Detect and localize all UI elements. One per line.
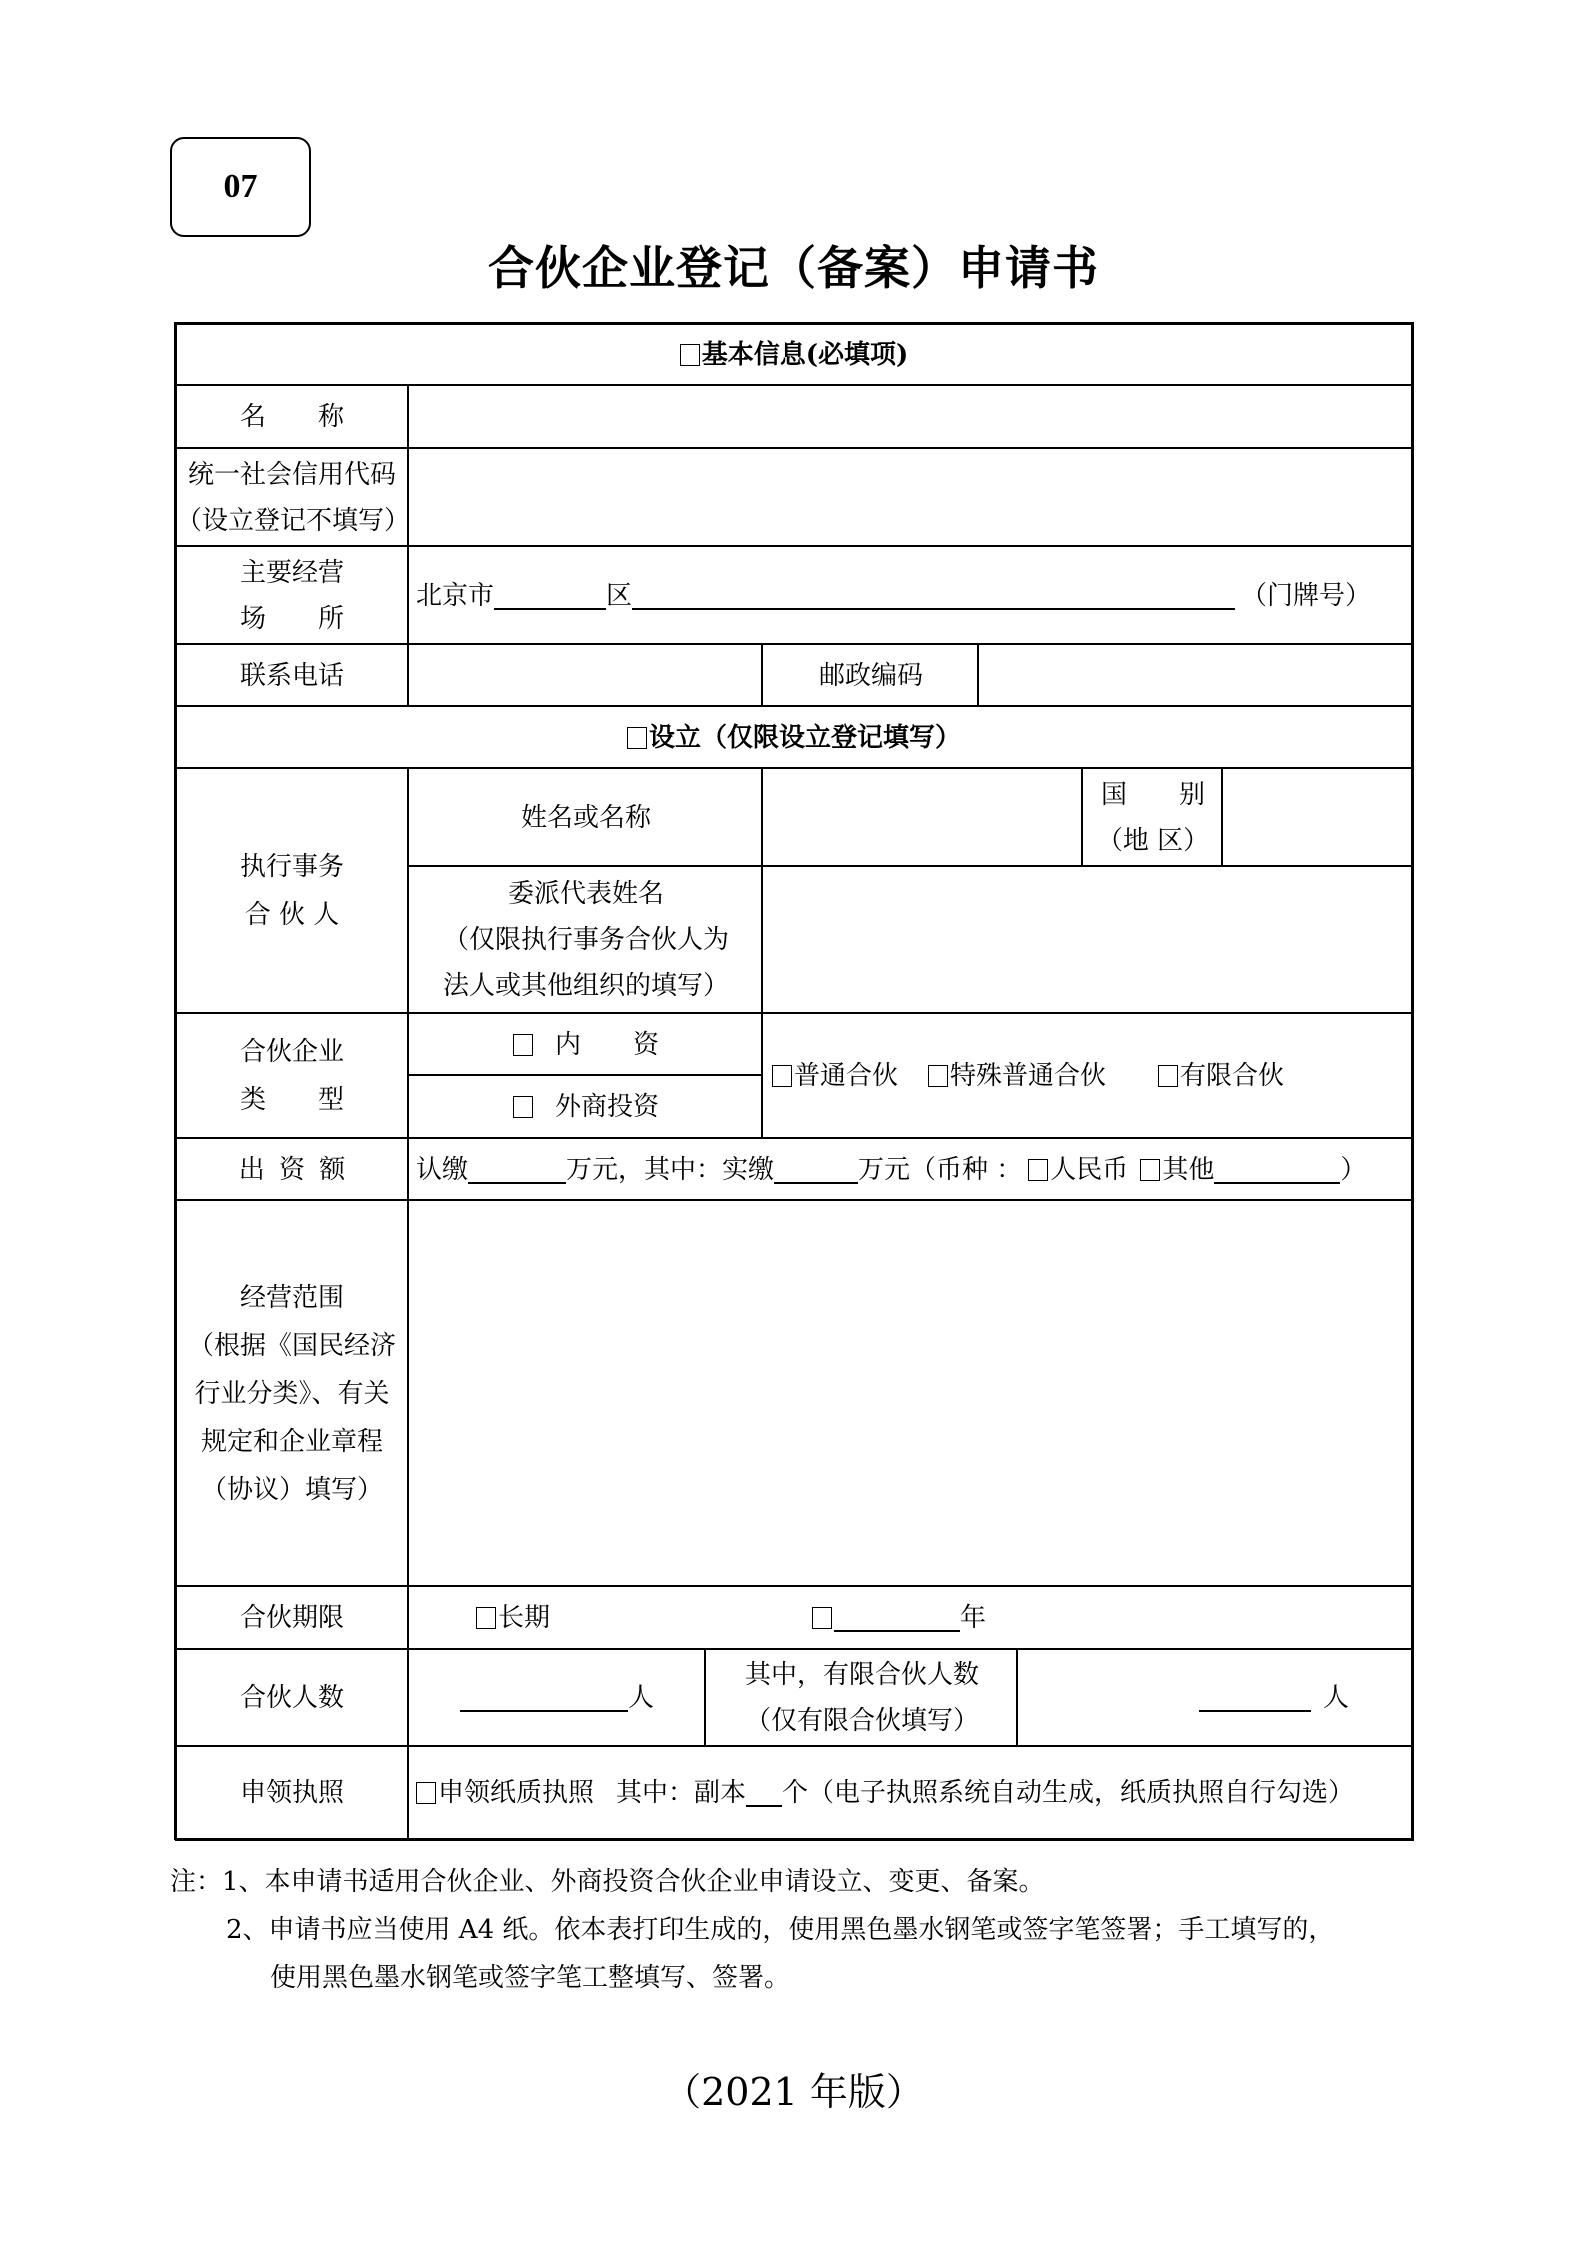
- special-general-partnership-label: 特殊普通合伙: [950, 1061, 1106, 1091]
- subscribed-prefix: 认缴: [416, 1148, 468, 1192]
- address-label-line1: 主要经营: [240, 550, 344, 596]
- postcode-field[interactable]: [980, 645, 1412, 706]
- currency-other-input[interactable]: [1214, 1156, 1340, 1184]
- business-scope-label-line: 行业分类》、有关: [194, 1370, 389, 1418]
- divider: [704, 1649, 706, 1746]
- representative-label-line1: 委派代表姓名: [508, 871, 664, 917]
- section-header-establish: 设立（仅限设立登记填写）: [176, 707, 1412, 768]
- special-general-partnership-option[interactable]: 特殊普通合伙: [928, 1054, 1106, 1098]
- address-label: 主要经营 场 所: [176, 547, 408, 644]
- credit-code-label: 统一社会信用代码 （设立登记不填写）: [176, 449, 408, 546]
- enterprise-type-label-line2: 类 型: [240, 1076, 344, 1124]
- representative-label: 委派代表姓名 （仅限执行事务合伙人为 法人或其他组织的填写）: [410, 867, 762, 1013]
- note-line-1: 注：1、本申请书适用合伙企业、外商投资合伙企业申请设立、变更、备案。: [170, 1858, 1045, 1906]
- phone-label: 联系电话: [176, 645, 408, 706]
- partner-count-input[interactable]: [460, 1684, 628, 1712]
- exec-partner-label: 执行事务 合 伙 人: [176, 769, 408, 1013]
- partner-count-field: 人: [410, 1650, 704, 1746]
- limited-partner-count-input[interactable]: [1199, 1684, 1311, 1712]
- term-years-input[interactable]: [834, 1604, 960, 1632]
- business-scope-label-line: （协议）填写）: [201, 1466, 383, 1514]
- exec-partner-label-line2: 合 伙 人: [245, 891, 340, 939]
- domestic-capital-option[interactable]: 内 资: [410, 1014, 762, 1075]
- term-long-label: 长期: [498, 1596, 550, 1640]
- exec-partner-country-field[interactable]: [1224, 769, 1412, 866]
- representative-label-line2: （仅限执行事务合伙人为: [443, 917, 729, 963]
- page-title: 合伙企业登记（备案）申请书: [0, 238, 1587, 298]
- partner-count-unit: 人: [628, 1676, 654, 1720]
- section-establish-label: 设立（仅限设立登记填写）: [649, 716, 961, 760]
- name-label: 名 称: [176, 386, 408, 448]
- limited-partner-label-line1: 其中，有限合伙人数: [745, 1652, 979, 1698]
- limited-partner-count-unit: 人: [1323, 1676, 1349, 1720]
- section-basic-checkbox[interactable]: [680, 344, 700, 366]
- section-basic-label: 基本信息(必填项): [702, 333, 909, 377]
- credit-code-label-line1: 统一社会信用代码: [188, 452, 396, 498]
- note-line-3: 使用黑色墨水钢笔或签字笔工整填写、签署。: [270, 1954, 790, 2002]
- phone-field[interactable]: [410, 645, 762, 706]
- foreign-investment-option[interactable]: 外商投资: [410, 1076, 762, 1138]
- term-years-option: 年: [812, 1587, 1112, 1649]
- currency-other-label: 其他: [1162, 1148, 1214, 1192]
- license-label: 申领执照: [176, 1747, 408, 1838]
- capital-label: 出 资 额: [176, 1139, 408, 1200]
- foreign-investment-label: 外商投资: [555, 1085, 659, 1129]
- business-scope-label: 经营范围 （根据《国民经济 行业分类》、有关 规定和企业章程 （协议）填写）: [176, 1201, 408, 1586]
- note-line-2: 2、申请书应当使用 A4 纸。依本表打印生成的，使用黑色墨水钢笔或签字笔签署；手…: [226, 1906, 1334, 1954]
- special-general-partnership-checkbox[interactable]: [928, 1065, 948, 1087]
- domestic-capital-label: 内 资: [555, 1023, 659, 1067]
- capital-unit-text: 万元，其中：实缴: [566, 1148, 774, 1192]
- enterprise-type-label-line1: 合伙企业: [240, 1028, 344, 1076]
- capital-field: 认缴 万元，其中：实缴 万元（币种 ： 人民币 其他 ）: [416, 1139, 1412, 1200]
- address-district-suffix: 区: [606, 574, 632, 618]
- address-label-line2: 场 所: [240, 596, 344, 642]
- limited-partnership-label: 有限合伙: [1180, 1061, 1284, 1091]
- general-partnership-checkbox[interactable]: [772, 1065, 792, 1087]
- table-border-bottom: [175, 1838, 1414, 1841]
- section-establish-checkbox[interactable]: [627, 727, 647, 749]
- country-label-line1: 国 别: [1101, 772, 1205, 818]
- exec-partner-country-label: 国 别 （地 区）: [1084, 769, 1222, 866]
- form-number-badge: 07: [170, 137, 311, 237]
- country-label-line2: （地 区）: [1097, 818, 1209, 864]
- paper-license-label: 申领纸质执照: [438, 1771, 594, 1815]
- general-partnership-label: 普通合伙: [794, 1061, 898, 1091]
- paper-license-checkbox[interactable]: [416, 1782, 436, 1804]
- enterprise-type-label: 合伙企业 类 型: [176, 1014, 408, 1138]
- currency-prefix: 万元（币种 ：: [858, 1148, 1022, 1192]
- section-header-basic: 基本信息(必填项): [176, 324, 1412, 385]
- limited-partner-label-line2: （仅有限合伙填写）: [745, 1698, 979, 1744]
- currency-rmb-label: 人民币: [1050, 1148, 1128, 1192]
- address-field: 北京市 区 （门牌号）: [416, 547, 1412, 644]
- subscribed-amount-input[interactable]: [468, 1156, 566, 1184]
- paid-amount-input[interactable]: [774, 1156, 858, 1184]
- address-street-input[interactable]: [632, 582, 1235, 610]
- postcode-label: 邮政编码: [764, 645, 978, 706]
- business-scope-label-line: （根据《国民经济: [188, 1322, 396, 1370]
- term-label: 合伙期限: [176, 1587, 408, 1649]
- representative-field[interactable]: [764, 867, 1412, 1013]
- foreign-investment-checkbox[interactable]: [513, 1096, 533, 1118]
- representative-label-line3: 法人或其他组织的填写）: [443, 963, 729, 1009]
- term-long-option[interactable]: 长期: [476, 1587, 776, 1649]
- limited-partnership-checkbox[interactable]: [1158, 1065, 1178, 1087]
- license-copies-suffix: 个（电子执照系统自动生成，纸质执照自行勾选）: [782, 1771, 1354, 1815]
- currency-close: ）: [1340, 1148, 1366, 1192]
- domestic-capital-checkbox[interactable]: [513, 1034, 533, 1056]
- general-partnership-option[interactable]: 普通合伙: [772, 1054, 898, 1098]
- license-field: 申领纸质执照 其中：副本 个（电子执照系统自动生成，纸质执照自行勾选）: [416, 1747, 1412, 1838]
- term-long-checkbox[interactable]: [476, 1607, 496, 1629]
- business-scope-field[interactable]: [410, 1201, 1412, 1586]
- address-house-number-suffix: （门牌号）: [1241, 574, 1371, 618]
- exec-partner-name-field[interactable]: [764, 769, 1082, 866]
- partner-count-label: 合伙人数: [176, 1650, 408, 1746]
- currency-other-checkbox[interactable]: [1140, 1159, 1160, 1181]
- exec-partner-name-label: 姓名或名称: [410, 769, 762, 866]
- partnership-type-options: 普通合伙 特殊普通合伙 有限合伙: [772, 1014, 1412, 1138]
- limited-partnership-option[interactable]: 有限合伙: [1158, 1054, 1284, 1098]
- name-field[interactable]: [410, 386, 1412, 448]
- address-city: 北京市: [416, 574, 494, 618]
- term-years-checkbox[interactable]: [812, 1607, 832, 1629]
- address-district-input[interactable]: [494, 582, 606, 610]
- currency-rmb-checkbox[interactable]: [1028, 1159, 1048, 1181]
- limited-partner-count-label: 其中，有限合伙人数 （仅有限合伙填写）: [707, 1650, 1017, 1746]
- edition-label: （2021 年版）: [0, 2064, 1587, 2120]
- limited-partner-count-field: 人: [1019, 1650, 1412, 1746]
- term-years-suffix: 年: [960, 1596, 986, 1640]
- credit-code-label-line2: （设立登记不填写）: [176, 498, 408, 544]
- business-scope-label-line: 规定和企业章程: [201, 1418, 383, 1466]
- credit-code-field[interactable]: [410, 449, 1412, 546]
- license-copies-prefix: 其中：副本: [616, 1771, 746, 1815]
- business-scope-label-line: 经营范围: [240, 1274, 344, 1322]
- license-copies-input[interactable]: [746, 1779, 782, 1807]
- exec-partner-label-line1: 执行事务: [240, 843, 344, 891]
